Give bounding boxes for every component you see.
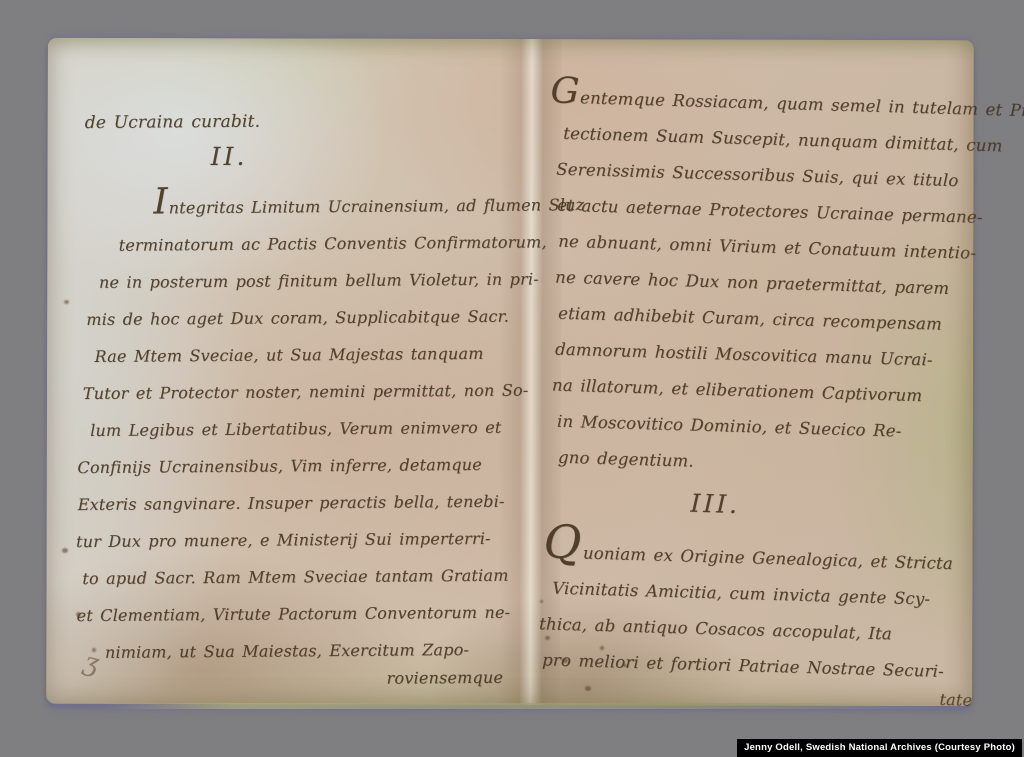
photo-frame: de Ucraina curabit. II. Integritas Limit… xyxy=(0,0,1024,757)
manuscript-line: terminatorum ac Pactis Conventis Confirm… xyxy=(119,224,506,264)
manuscript-line: Rae Mtem Sveciae, ut Sua Majestas tanqua… xyxy=(94,335,506,375)
stain-speck xyxy=(545,636,550,640)
stain-speck xyxy=(64,300,69,304)
manuscript-line: nimiam, ut Sua Maiestas, Exercitum Zapo- xyxy=(105,631,509,671)
stain-speck xyxy=(62,548,68,553)
manuscript-line: mis de hoc aget Dux coram, Supplicabitqu… xyxy=(86,298,506,338)
manuscript-line: Exteris sangvinare. Insuper peractis bel… xyxy=(78,483,508,523)
stain-speck xyxy=(600,646,604,650)
stain-speck xyxy=(540,600,543,603)
stain-speck xyxy=(623,664,627,667)
photo-credit: Jenny Odell, Swedish National Archives (… xyxy=(737,739,1022,757)
opening-line: de Ucraina curabit. xyxy=(85,105,505,138)
stain-speck xyxy=(585,686,591,691)
manuscript-right-page: Gentemque Rossiacam, quam semel in tutel… xyxy=(533,73,996,713)
manuscript-spread: de Ucraina curabit. II. Integritas Limit… xyxy=(46,38,974,706)
section-heading-ii: II. xyxy=(73,135,505,184)
manuscript-left-page: de Ucraina curabit. II. Integritas Limit… xyxy=(73,105,510,693)
stain-speck xyxy=(562,658,568,663)
manuscript-line: Integritas Limitum Ucrainensium, ad flum… xyxy=(153,181,505,227)
manuscript-line: Confinijs Ucrainensibus, Vim inferre, de… xyxy=(77,446,507,486)
manuscript-line: Tutor et Protector noster, nemini permit… xyxy=(83,372,507,412)
manuscript-line: lum Legibus et Libertatibus, Verum enimv… xyxy=(90,409,507,449)
stain-speck xyxy=(76,612,81,617)
manuscript-line: to apud Sacr. Ram Mtem Sveciae tantam Gr… xyxy=(82,557,508,597)
manuscript-line: et Clementiam, Virtute Pactorum Convento… xyxy=(76,594,508,634)
manuscript-line: tur Dux pro munere, e Ministerij Sui imp… xyxy=(76,520,508,560)
page-under-edge xyxy=(105,703,961,709)
manuscript-line: ne in posterum post finitum bellum Viole… xyxy=(99,261,506,301)
